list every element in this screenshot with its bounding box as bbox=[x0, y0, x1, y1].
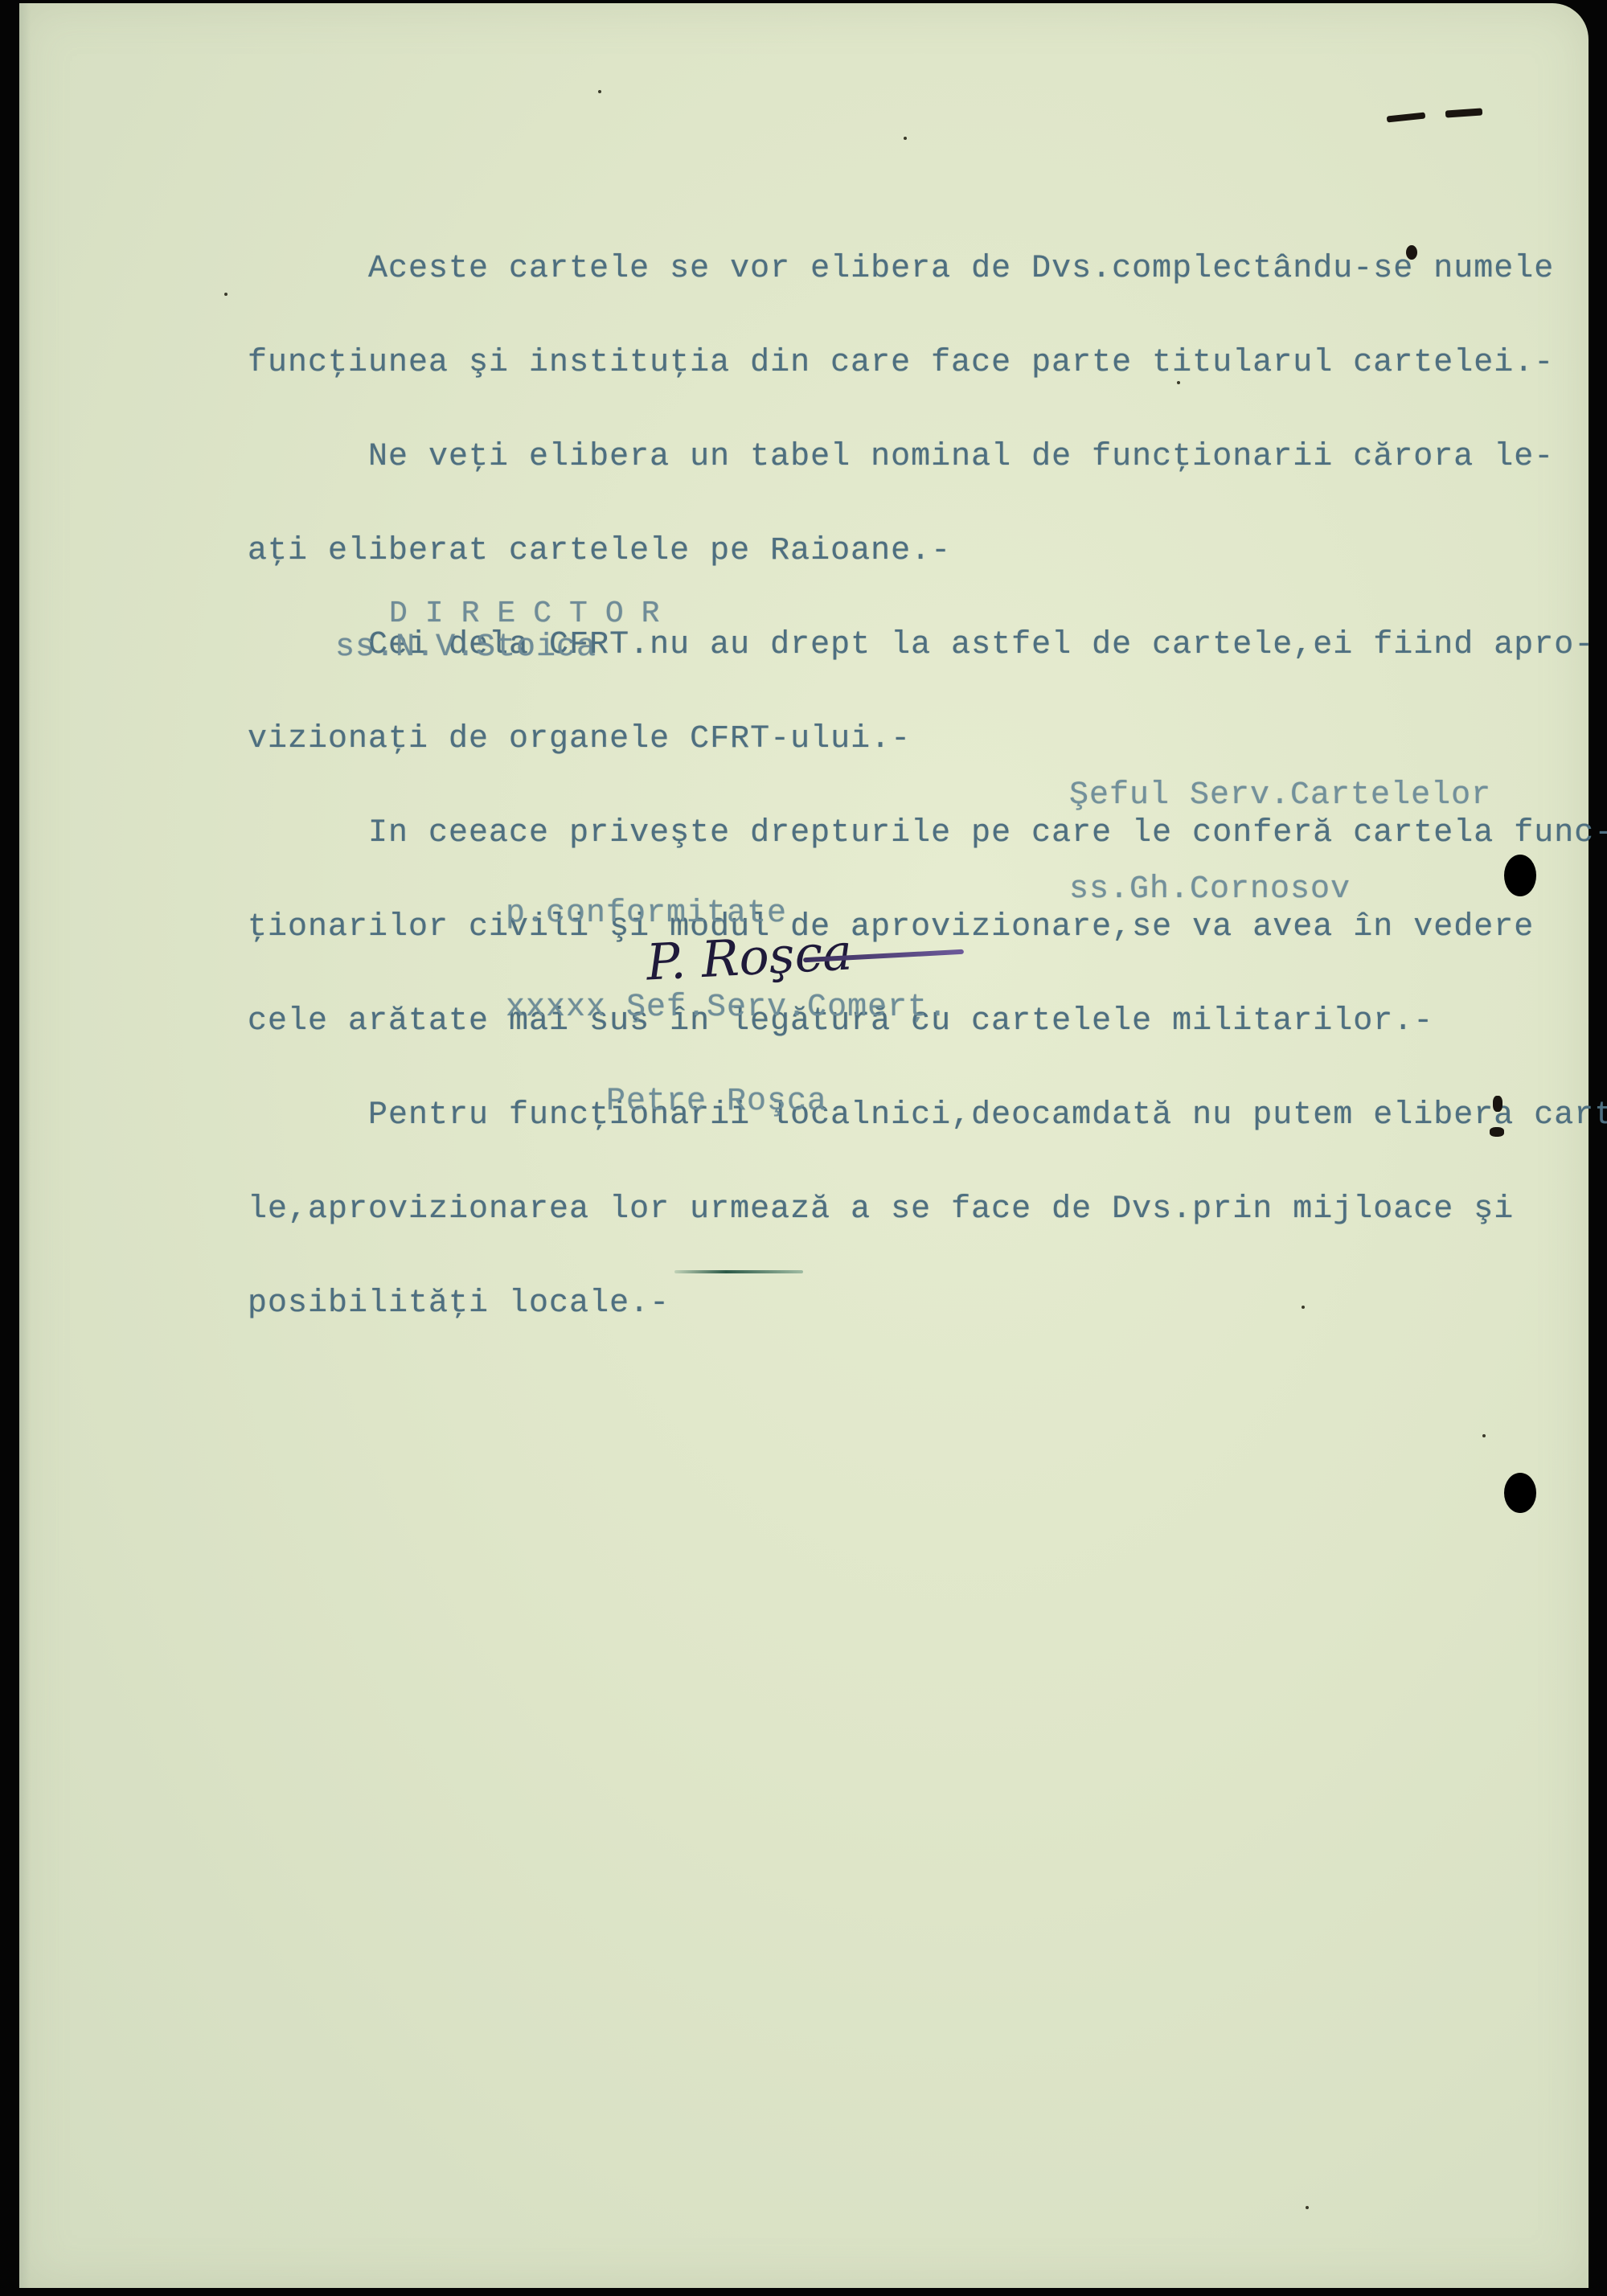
body-line: funcţiunea şi instituţia din care face p… bbox=[248, 347, 1607, 379]
director-name: ss.N.V.Stoica bbox=[335, 632, 596, 663]
paper-speck bbox=[598, 90, 601, 93]
punch-hole bbox=[1504, 1473, 1536, 1513]
staple-hole bbox=[1493, 1096, 1502, 1112]
ink-blot bbox=[1406, 245, 1417, 260]
document-page: Aceste cartele se vor elibera de Dvs.com… bbox=[19, 3, 1589, 2288]
paper-speck bbox=[1177, 381, 1180, 384]
paper-speck bbox=[224, 293, 228, 296]
paper-speck bbox=[1306, 2206, 1309, 2209]
body-line: posibilităţi locale.- bbox=[248, 1288, 1607, 1319]
ink-smudge bbox=[674, 1270, 803, 1273]
paper-speck bbox=[1482, 1434, 1486, 1437]
paper-speck bbox=[904, 137, 907, 140]
conformity-role: xxxxx Şef.Serv.Comerţ. bbox=[506, 992, 948, 1023]
body-line: le,aprovizionarea lor urmează a se face … bbox=[248, 1194, 1607, 1225]
chief-cards-name: ss.Gh.Cornosov bbox=[1069, 874, 1491, 905]
conformity-name: Petre Roşca bbox=[506, 1086, 948, 1117]
body-line: aţi eliberat cartelele pe Raioane.- bbox=[248, 535, 1607, 567]
conformity-block: p.conformitate xxxxx Şef.Serv.Comerţ. Pe… bbox=[506, 835, 948, 1180]
staple-hole bbox=[1490, 1127, 1504, 1137]
chief-cards-title: Şeful Serv.Cartelelor bbox=[1069, 780, 1491, 811]
chief-cards-signature-block: Şeful Serv.Cartelelor ss.Gh.Cornosov bbox=[1069, 717, 1491, 968]
body-line: Ne veţi elibera un tabel nominal de func… bbox=[248, 441, 1607, 473]
paper-speck bbox=[1302, 1306, 1305, 1309]
body-line: Aceste cartele se vor elibera de Dvs.com… bbox=[248, 253, 1607, 285]
director-title: DIRECTOR bbox=[389, 598, 677, 629]
conformity-line: p.conformitate bbox=[506, 898, 948, 929]
punch-hole bbox=[1504, 855, 1536, 896]
